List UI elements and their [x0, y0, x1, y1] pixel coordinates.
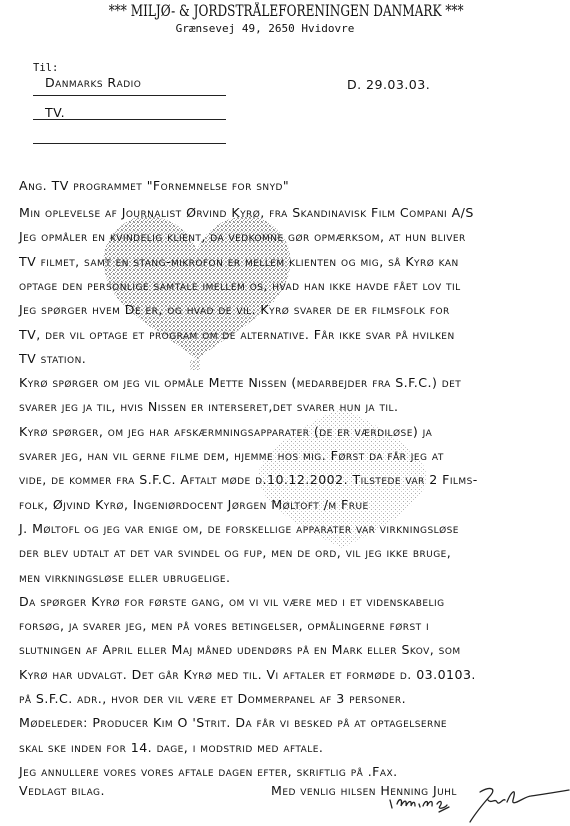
recipient-line-2: TV. — [45, 105, 65, 120]
body-line: Jeg opmåler en kvindelig klient, da vedk… — [19, 229, 466, 244]
body-line: Kyrø spørger, om jeg har afskærmningsapp… — [19, 424, 432, 439]
body-line: Kyrø har udvalgt. Det går Kyrø med til. … — [19, 667, 476, 682]
body-line: der blev udtalt at det var svindel og fu… — [19, 545, 451, 560]
letterhead-title: *** MILJØ- & JORDSTRÅLEFORENINGEN DANMAR… — [64, 2, 509, 20]
body-line: skal ske inden for 14. dage, i modstrid … — [19, 740, 323, 755]
recipient-line-1: Danmarks Radio — [45, 75, 141, 90]
body-line: Min oplevelse af Journalist Ørvind Kyrø,… — [19, 205, 474, 220]
recipient-rule-2 — [33, 119, 226, 120]
recipient-label: Til: — [33, 62, 58, 74]
body-line: Mødeleder: Producer Kim O 'Strit. Da får… — [19, 715, 447, 730]
body-line: TV, der vil optage et program om de alte… — [19, 327, 455, 342]
body-line: optage den personlige samtale imellem os… — [19, 278, 461, 293]
subject-line: Ang. TV programmet "Fornemnelse for snyd… — [19, 178, 289, 193]
fax-letter-page: *** MILJØ- & JORDSTRÅLEFORENINGEN DANMAR… — [0, 0, 570, 826]
body-line: vide, de kommer fra S.F.C. Aftalt møde d… — [19, 472, 478, 487]
body-line: slutningen af April eller Maj måned uden… — [19, 642, 461, 657]
body-line: TV filmet, samt en stang-mikrofon er mel… — [19, 254, 459, 269]
handwritten-signature-icon — [385, 786, 570, 826]
enclosure-note: Vedlagt bilag. — [19, 783, 105, 798]
body-line: svarer jeg ja til, hvis Nissen er inters… — [19, 399, 398, 414]
body-line: TV station. — [19, 351, 86, 366]
body-line: Kyrø spørger om jeg vil opmåle Mette Nis… — [19, 375, 461, 390]
recipient-rule-3 — [33, 143, 226, 144]
body-line: folk, Øjvind Kyrø, Ingeniørdocent Jørgen… — [19, 497, 369, 512]
body-line: men virkningsløse eller ubrugelige. — [19, 570, 230, 585]
body-line: Jeg spørger hvem De er, og hvad de vil. … — [19, 302, 450, 317]
letterhead-address: Grænsevej 49, 2650 Hvidovre — [0, 22, 530, 35]
body-line: Da spørger Kyrø for første gang, om vi v… — [19, 594, 445, 609]
body-line: svarer jeg, han vil gerne filme dem, hje… — [19, 448, 444, 463]
recipient-rule-1 — [33, 95, 226, 96]
body-line: J. Møltofl og jeg var enige om, de forsk… — [19, 521, 459, 536]
body-line: Jeg annullere vores vores aftale dagen e… — [19, 764, 398, 779]
body-line: på S.F.C. adr., hvor der vil være et Dom… — [19, 691, 406, 706]
body-line: forsøg, ja svarer jeg, men på vores beti… — [19, 618, 429, 633]
letter-date: D. 29.03.03. — [347, 77, 430, 92]
